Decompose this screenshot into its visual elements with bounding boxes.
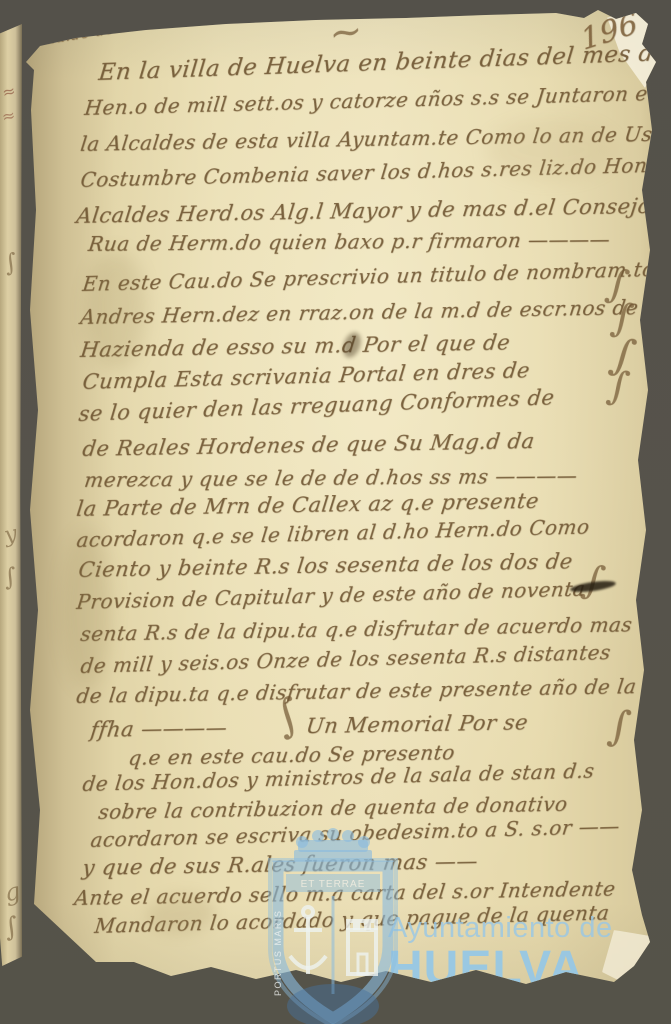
bleed-through-mark: ≈ [0,105,17,126]
handwriting-line: Hen.o de mill sett.os y catorze años s.s… [83,79,671,120]
handwriting-line: de Reales Hordenes de que Su Mag.d da [81,429,536,461]
watermark-text: Ayuntamiento de HUELVA [388,914,613,993]
bleed-through-mark: ∫ [2,562,18,591]
stain [486,120,616,180]
crest-motto-side-label: PORTUS MARIS [273,910,283,996]
bleed-through-mark: y [2,521,19,548]
bleed-through-mark: ≈ [0,81,18,103]
handwriting-line: ffha ———— Un Memorial Por se [89,710,529,742]
handwriting-line: acordaron q.e se le libren al d.ho Hern.… [75,515,591,553]
margin-note: Cau.do de 2 de Hen.o — s [34,0,240,50]
stain [62,530,112,690]
handwriting-line: Alcaldes Herd.os Alg.l Mayor y de mas d.… [75,194,652,228]
watermark-ayuntamiento-label: Ayuntamiento de [388,914,613,943]
ink-flourish: ~ [326,7,366,57]
handwriting-line: de mill y seis.os Onze de los sesenta R.… [79,640,612,678]
handwriting-line: En este Cau.do Se prescrivio un titulo d… [81,256,671,296]
handwriting-line: la Parte de Mrn de Callex az q.e present… [75,489,540,521]
tower-icon [348,921,376,974]
bleed-through-mark: ∫ [2,912,21,944]
handwriting-line: Hazienda de esso su m.d Por el que de [79,331,512,363]
handwriting-line: merezca y que se le de de d.hos ss ms ——… [83,464,579,492]
manuscript-scan: ≈≈∫y∫g∫ Cau.do de 2 de Hen.o — s 196 En … [0,0,671,1024]
anchor-icon [290,907,326,974]
handwriting-line: Andres Hern.dez en rraz.on de la m.d de … [79,295,640,329]
handwriting-line: Provision de Capitular y de este año de … [75,577,586,614]
crest-motto-top-label: ET TERRAE [301,879,366,890]
handwriting-line: Ciento y beinte R.s los sesenta de los d… [77,549,574,582]
stain [86,250,146,370]
ink-flourish: ∫ [605,700,633,752]
bleed-through-mark: g [2,877,23,908]
huelva-coat-of-arms-watermark: ET TERRAE PORTUS MARIS [248,826,418,1024]
adjacent-folio-edge: ≈≈∫y∫g∫ [0,24,22,966]
handwriting-line: En la villa de Huelva en beinte dias del… [97,40,669,86]
bleed-through-mark: ∫ [2,248,19,278]
handwriting-line: de la dipu.ta q.e disfrutar de este pres… [75,674,638,708]
handwriting-line: Rua de Herm.do quien baxo p.r firmaron —… [87,227,612,256]
watermark-huelva-label: HUELVA [388,945,613,993]
crest-crown-icon [294,828,372,861]
